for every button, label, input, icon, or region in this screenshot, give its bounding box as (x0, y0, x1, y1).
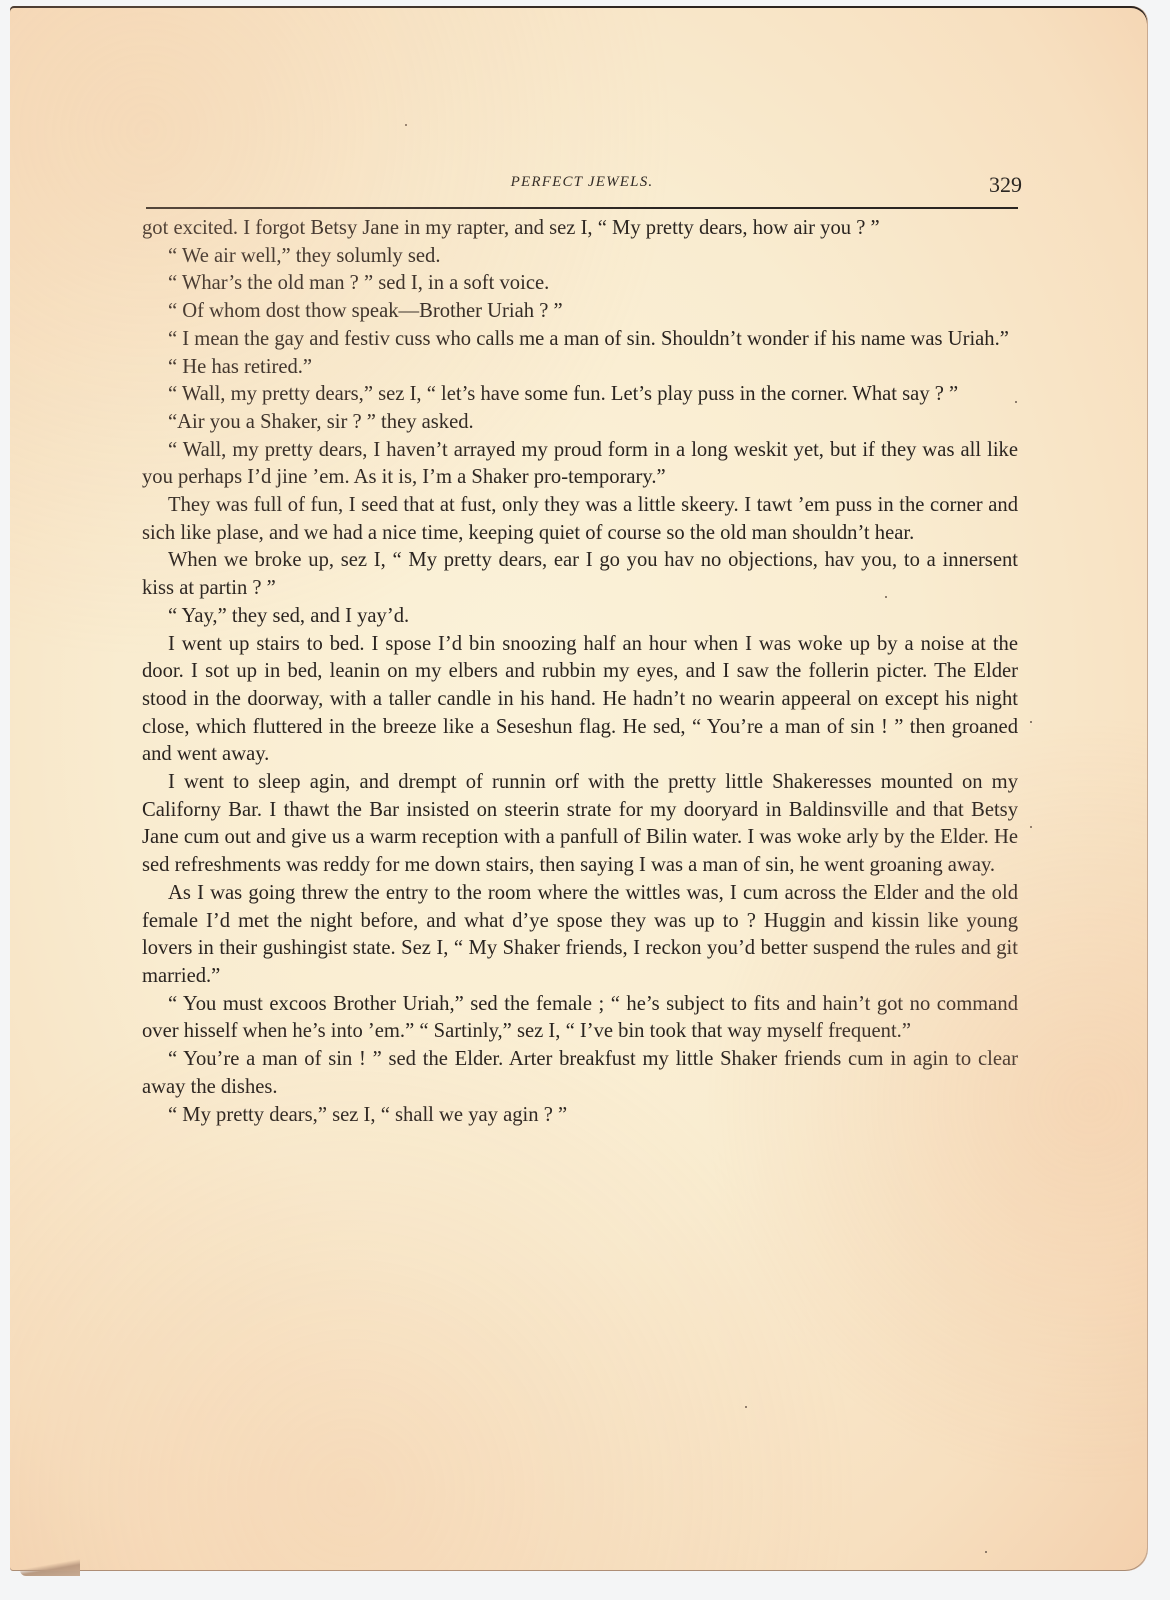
page-number: 329 (989, 172, 1022, 198)
paragraph: “ My pretty dears,” sez I, “ shall we ya… (142, 1102, 1018, 1130)
paper-speck (915, 946, 917, 948)
paragraph: “ He has retired.” (142, 354, 1018, 382)
paragraph: I went to sleep agin, and drempt of runn… (142, 769, 1018, 880)
paper-speck (885, 596, 887, 598)
paragraph: “ Whar’s the old man ? ” sed I, in a sof… (142, 270, 1018, 298)
paper-speck (1030, 826, 1032, 828)
paragraph: “ I mean the gay and festiv cuss who cal… (142, 326, 1018, 354)
paragraph: “ You’re a man of sin ! ” sed the Elder.… (142, 1046, 1018, 1101)
paragraph: They was full of fun, I seed that at fus… (142, 492, 1018, 547)
paper-speck (985, 1551, 987, 1553)
running-title: PERFECT JEWELS. (146, 174, 1018, 191)
paragraph: “Air you a Shaker, sir ? ” they asked. (142, 409, 1018, 437)
paragraph: “ Wall, my pretty dears, I haven’t array… (142, 437, 1018, 492)
paper-speck (1015, 401, 1017, 403)
paper-speck (745, 1406, 747, 1408)
running-header: PERFECT JEWELS. 329 (146, 169, 1018, 209)
paragraph: I went up stairs to bed. I spose I’d bin… (142, 631, 1018, 770)
paragraph: “ We air well,” they solumly sed. (142, 243, 1018, 271)
paragraph: “ Of whom dost thow speak—Brother Uriah … (142, 298, 1018, 326)
torn-corner (20, 1558, 80, 1576)
paragraph: “ Wall, my pretty dears,” sez I, “ let’s… (142, 381, 1018, 409)
paragraph: “ You must excoos Brother Uriah,” sed th… (142, 991, 1018, 1046)
paragraph: “ Yay,” they sed, and I yay’d. (142, 603, 1018, 631)
paper-speck (1030, 721, 1032, 723)
book-page: PERFECT JEWELS. 329 got excited. I forgo… (10, 6, 1147, 1571)
body-text: got excited. I forgot Betsy Jane in my r… (142, 215, 1018, 1129)
paragraph: got excited. I forgot Betsy Jane in my r… (142, 215, 1018, 243)
paragraph: As I was going threw the entry to the ro… (142, 880, 1018, 991)
paper-speck (405, 124, 407, 126)
paragraph: When we broke up, sez I, “ My pretty dea… (142, 547, 1018, 602)
